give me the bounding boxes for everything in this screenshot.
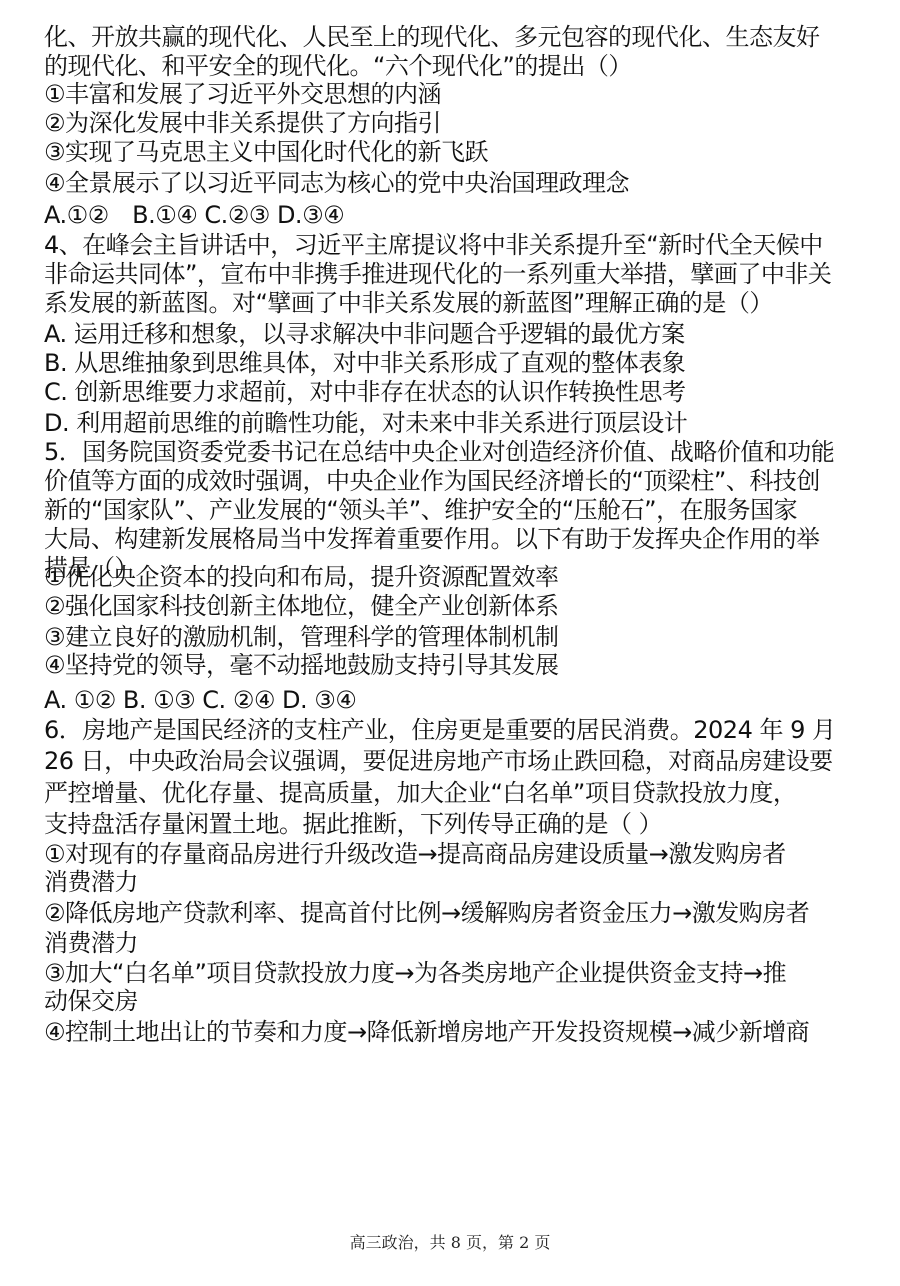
q4-stem-line: 系发展的新蓝图。对“擘画了中非关系发展的新蓝图”理解正确的是（） (44, 288, 773, 318)
q3-stem-line: 的现代化、和平安全的现代化。“六个现代化”的提出（） (44, 51, 632, 81)
q4-option-a: A. 运用迁移和想象，以寻求解决中非问题合乎逻辑的最优方案 (44, 319, 685, 349)
q6-stem-line: 6．房地产是国民经济的支柱产业，住房更是重要的居民消费。2024 年 9 月 (44, 715, 836, 745)
q3-statement: ③实现了马克思主义中国化时代化的新飞跃 (44, 137, 488, 167)
q4-option-b: B. 从思维抽象到思维具体，对中非关系形成了直观的整体表象 (44, 348, 685, 378)
q4-stem-line: 非命运共同体”，宣布中非携手推进现代化的一系列重大举措，擘画了中非关 (44, 259, 831, 289)
q3-statement: ②为深化发展中非关系提供了方向指引 (44, 108, 441, 138)
q3-options: A.①② B.①④ C.②③ D.③④ (44, 200, 344, 230)
q6-statement: ②降低房地产贷款利率、提高首付比例→缓解购房者资金压力→激发购房者 (44, 898, 809, 928)
q6-statement-cont: 动保交房 (44, 986, 138, 1016)
q5-stem-line: 5．国务院国资委党委书记在总结中央企业对创造经济价值、战略价值和功能 (44, 437, 834, 467)
q4-option-c: C. 创新思维要力求超前，对中非存在状态的认识作转换性思考 (44, 377, 686, 407)
q6-statement: ④控制土地出让的节奏和力度→降低新增房地产开发投资规模→减少新增商 (44, 1017, 809, 1047)
q6-stem-line: 26 日，中央政治局会议强调，要促进房地产市场止跌回稳，对商品房建设要 (44, 746, 833, 776)
q5-statement: ②强化国家科技创新主体地位，健全产业创新体系 (44, 591, 559, 621)
q6-stem-line: 支持盘活存量闲置土地。据此推断，下列传导正确的是（ ） (44, 809, 662, 839)
q3-statement: ①丰富和发展了习近平外交思想的内涵 (44, 79, 441, 109)
q3-statement: ④全景展示了以习近平同志为核心的党中央治国理政理念 (44, 168, 629, 198)
q5-options: A. ①② B. ①③ C. ②④ D. ③④ (44, 685, 356, 715)
q4-stem-line: 4、在峰会主旨讲话中，习近平主席提议将中非关系提升至“新时代全天候中 (44, 230, 823, 260)
q5-stem-line: 大局、构建新发展格局当中发挥着重要作用。以下有助于发挥央企作用的举 (44, 524, 820, 554)
q5-stem-line: 新的“国家队”、产业发展的“领头羊”、维护安全的“压舱石”，在服务国家 (44, 495, 797, 525)
page-footer: 高三政治，共 8 页，第 2 页 (0, 1230, 900, 1253)
q6-stem-line: 严控增量、优化存量、提高质量，加大企业“白名单”项目贷款投放力度， (44, 778, 796, 808)
q3-stem-line: 化、开放共赢的现代化、人民至上的现代化、多元包容的现代化、生态友好 (44, 22, 820, 52)
q6-statement: ①对现有的存量商品房进行升级改造→提高商品房建设质量→激发购房者 (44, 839, 786, 869)
q6-statement: ③加大“白名单”项目贷款投放力度→为各类房地产企业提供资金支持→推 (44, 958, 786, 988)
q5-stem-line: 价值等方面的成效时强调，中央企业作为国民经济增长的“顶梁柱”、科技创 (44, 466, 820, 496)
q6-statement-cont: 消费潜力 (44, 867, 138, 897)
q5-statement: ③建立良好的激励机制，管理科学的管理体制机制 (44, 622, 559, 652)
q5-statement: ④坚持党的领导，毫不动摇地鼓励支持引导其发展 (44, 650, 559, 680)
q4-option-d: D. 利用超前思维的前瞻性功能，对未来中非关系进行顶层设计 (44, 408, 687, 438)
q5-statement: ①优化央企资本的投向和布局，提升资源配置效率 (44, 562, 559, 592)
exam-page: 化、开放共赢的现代化、人民至上的现代化、多元包容的现代化、生态友好 的现代化、和… (0, 0, 900, 1286)
q6-statement-cont: 消费潜力 (44, 928, 138, 958)
